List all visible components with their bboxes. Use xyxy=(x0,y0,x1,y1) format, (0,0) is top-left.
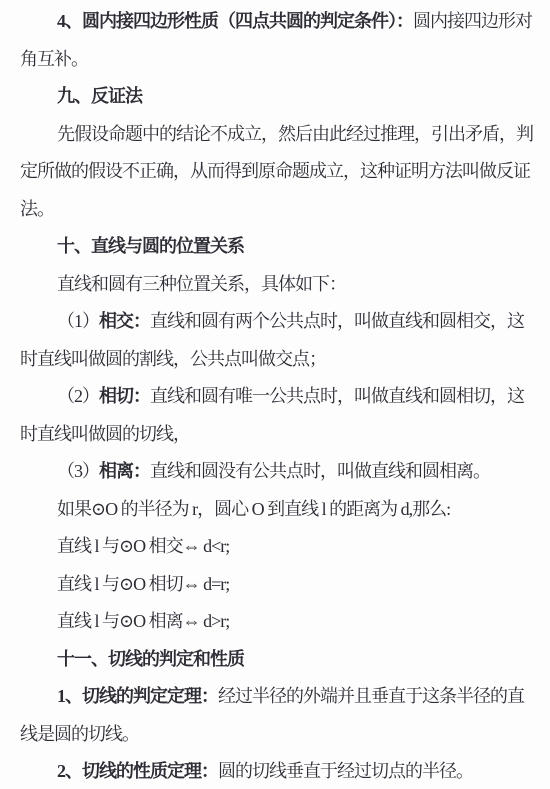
text-segment: 直线 l 与⊙O 相交⇔ d<r; xyxy=(57,536,229,556)
text-line: 直线 l 与⊙O 相交⇔ d<r; xyxy=(20,528,532,566)
text-segment: （2） xyxy=(57,386,99,406)
text-segment: （3） xyxy=(57,461,99,481)
text-line: 如果⊙O 的半径为 r，圆心 O 到直线 l 的距离为 d,那么: xyxy=(20,491,532,529)
bold-text-segment: 相切： xyxy=(99,386,150,406)
text-line: 1、切线的判定定理：经过半径的外端并且垂直于这条半径的直 xyxy=(20,678,532,716)
text-line: 2、切线的性质定理：圆的切线垂直于经过切点的半径。 xyxy=(20,753,532,789)
bold-text-segment: 2、切线的性质定理： xyxy=(57,761,218,781)
text-segment: 法。 xyxy=(20,199,54,219)
bold-text-segment: 十、直线与圆的位置关系 xyxy=(57,236,244,256)
text-segment: 圆内接四边形对 xyxy=(413,11,532,31)
text-line: 4、圆内接四边形性质（四点共圆的判定条件）：圆内接四边形对 xyxy=(20,3,532,41)
bold-text-segment: 4、圆内接四边形性质（四点共圆的判定条件）： xyxy=(57,11,413,31)
bold-text-segment: 十一、切线的判定和性质 xyxy=(57,649,244,669)
text-segment: 直线和圆有三种位置关系，具体如下： xyxy=(57,274,346,294)
text-line: 时直线叫做圆的切线， xyxy=(20,416,532,454)
text-segment: 定所做的假设不正确，从而得到原命题成立，这种证明方法叫做反证 xyxy=(20,161,530,181)
document-page: 4、圆内接四边形性质（四点共圆的判定条件）：圆内接四边形对角互补。九、反证法先假… xyxy=(0,0,550,789)
text-segment: 圆的切线垂直于经过切点的半径。 xyxy=(218,761,473,781)
text-line: 十、直线与圆的位置关系 xyxy=(20,228,532,266)
text-line: 角互补。 xyxy=(20,41,532,79)
text-segment: 经过半径的外端并且垂直于这条半径的直 xyxy=(218,686,524,706)
document-body: 4、圆内接四边形性质（四点共圆的判定条件）：圆内接四边形对角互补。九、反证法先假… xyxy=(20,3,532,789)
text-segment: 直线 l 与⊙O 相离⇔ d>r; xyxy=(57,611,229,631)
text-line: 九、反证法 xyxy=(20,78,532,116)
text-line: 时直线叫做圆的割线，公共点叫做交点； xyxy=(20,341,532,379)
bold-text-segment: 1、切线的判定定理： xyxy=(57,686,218,706)
text-segment: 线是圆的切线。 xyxy=(20,724,139,744)
text-segment: 直线和圆没有公共点时，叫做直线和圆相离。 xyxy=(150,461,490,481)
text-segment: 如果⊙O 的半径为 r，圆心 O 到直线 l 的距离为 d,那么: xyxy=(57,499,450,519)
text-line: 法。 xyxy=(20,191,532,229)
bold-text-segment: 相交： xyxy=(99,311,150,331)
bold-text-segment: 相离： xyxy=(99,461,150,481)
text-segment: 直线和圆有唯一公共点时，叫做直线和圆相切，这 xyxy=(150,386,524,406)
text-line: 先假设命题中的结论不成立，然后由此经过推理，引出矛盾，判 xyxy=(20,116,532,154)
text-segment: 时直线叫做圆的切线， xyxy=(20,424,190,444)
text-line: 直线 l 与⊙O 相离⇔ d>r; xyxy=(20,603,532,641)
text-segment: 先假设命题中的结论不成立，然后由此经过推理，引出矛盾，判 xyxy=(57,124,533,144)
text-segment: （1） xyxy=(57,311,99,331)
text-line: （2）相切：直线和圆有唯一公共点时，叫做直线和圆相切，这 xyxy=(20,378,532,416)
text-segment: 直线和圆有两个公共点时，叫做直线和圆相交，这 xyxy=(150,311,524,331)
text-line: （3）相离：直线和圆没有公共点时，叫做直线和圆相离。 xyxy=(20,453,532,491)
text-line: （1）相交：直线和圆有两个公共点时，叫做直线和圆相交，这 xyxy=(20,303,532,341)
text-line: 线是圆的切线。 xyxy=(20,716,532,754)
text-segment: 直线 l 与⊙O 相切⇔ d=r; xyxy=(57,574,229,594)
text-segment: 角互补。 xyxy=(20,49,88,69)
text-line: 直线和圆有三种位置关系，具体如下： xyxy=(20,266,532,304)
text-line: 十一、切线的判定和性质 xyxy=(20,641,532,679)
bold-text-segment: 九、反证法 xyxy=(57,86,142,106)
text-segment: 时直线叫做圆的割线，公共点叫做交点； xyxy=(20,349,326,369)
text-line: 直线 l 与⊙O 相切⇔ d=r; xyxy=(20,566,532,604)
text-line: 定所做的假设不正确，从而得到原命题成立，这种证明方法叫做反证 xyxy=(20,153,532,191)
